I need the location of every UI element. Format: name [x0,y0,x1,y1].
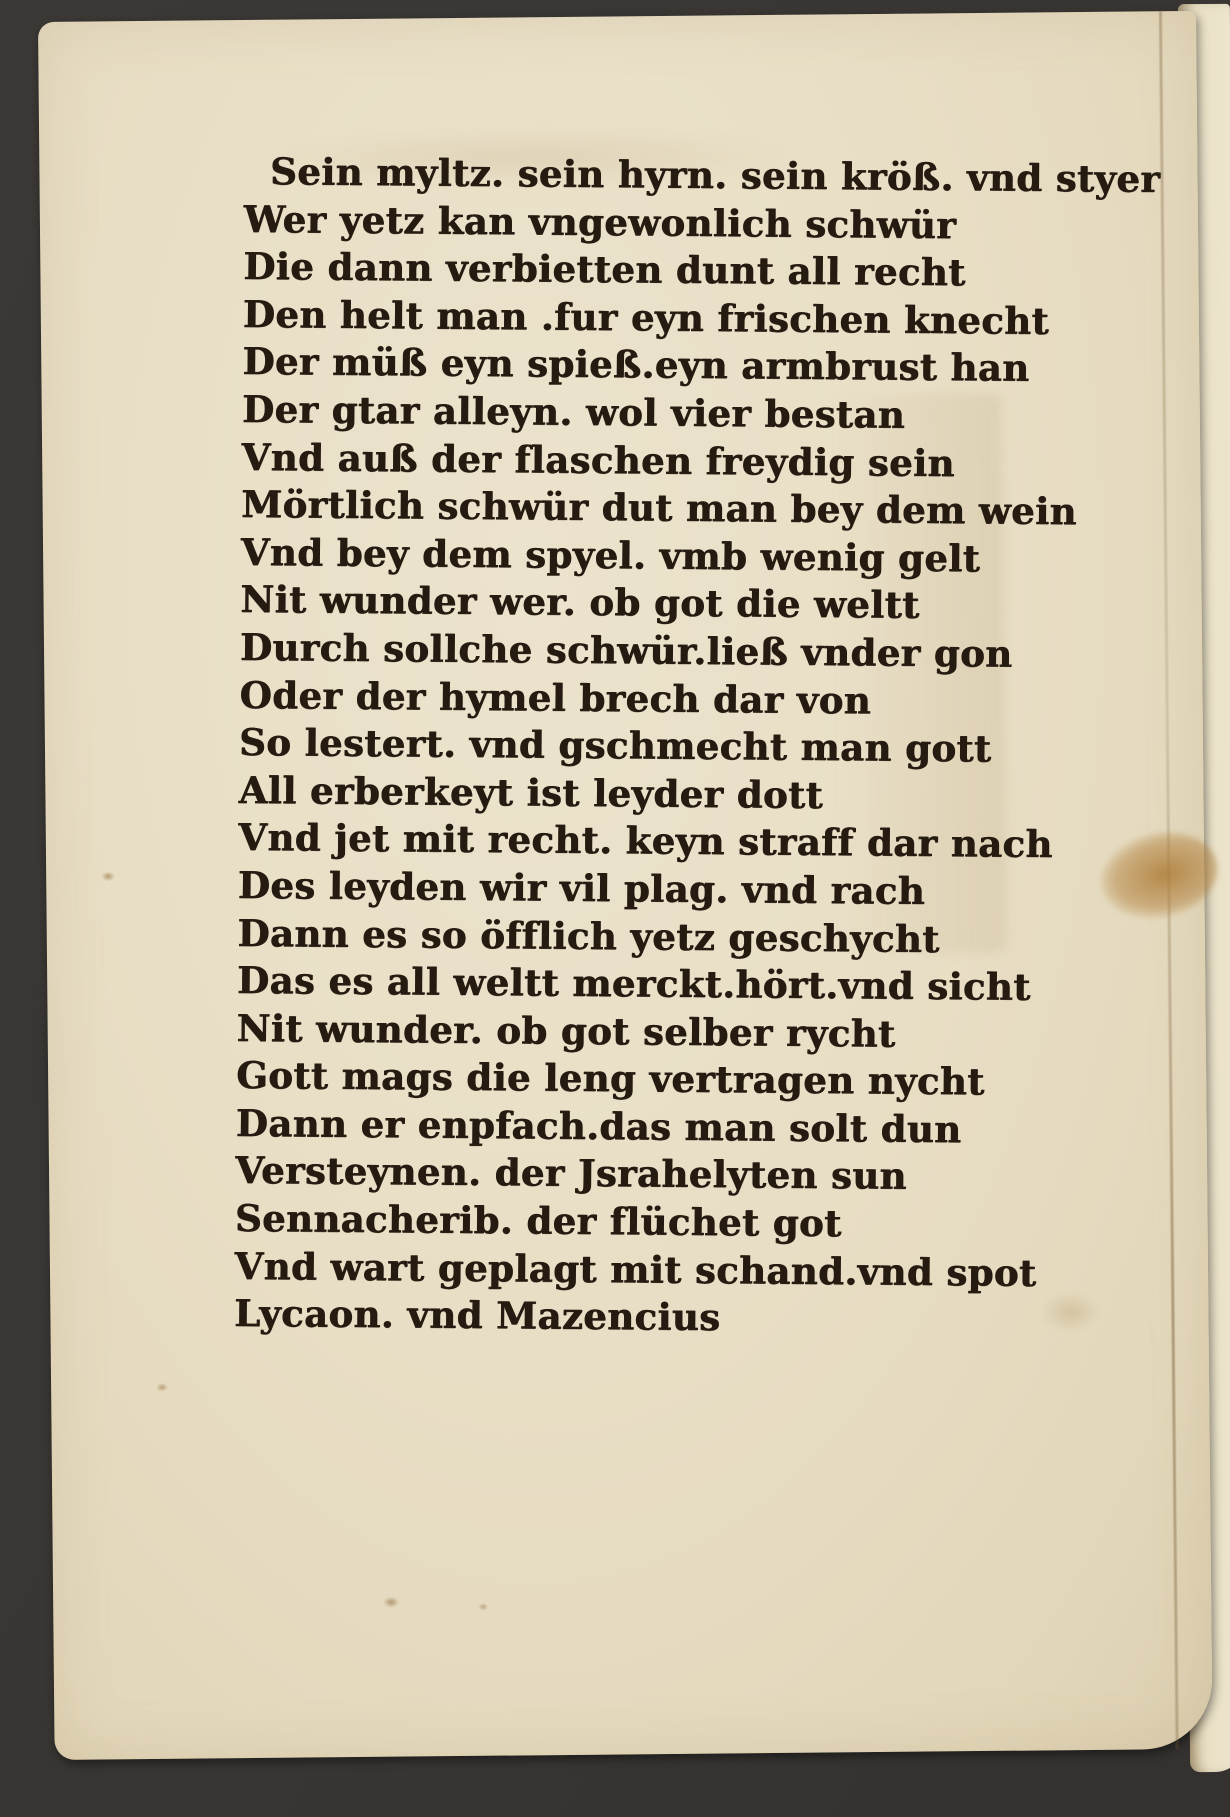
text-line: Die dann verbietten dunt all recht [243,243,1123,298]
foxing-spot [156,1383,168,1392]
text-line: Dann es so öfflich yetz geschycht [237,909,1117,964]
text-line: Vnd bey dem spyel. vmb wenig gelt [240,529,1120,584]
text-line: So lestert. vnd gschmecht man gott [239,719,1119,774]
text-line: Nit wunder wer. ob got die weltt [240,576,1120,631]
text-line: Der gtar alleyn. wol vier bestan [242,386,1122,441]
text-line: Lycaon. vnd Mazencius [234,1290,1114,1345]
text-line: Gott mags die leng vertragen nycht [236,1052,1116,1107]
text-line: Vnd wart geplagt mit schand.vnd spot [234,1243,1114,1298]
text-line: Der müß eyn spieß.eyn armbrust han [242,338,1122,393]
text-line: Sein myltz. sein hyrn. sein kröß. vnd st… [244,148,1124,203]
text-line: All erberkeyt ist leyder dott [238,767,1118,822]
text-line: Mörtlich schwür dut man bey dem wein [241,481,1121,536]
text-line: Das es all weltt merckt.hört.vnd sicht [237,957,1117,1012]
text-line: Wer yetz kan vngewonlich schwür [243,196,1123,251]
scan-background: Sein myltz. sein hyrn. sein kröß. vnd st… [0,0,1230,1817]
text-line: Oder der hymel brech dar von [239,672,1119,727]
text-line: Des leyden wir vil plag. vnd rach [238,862,1118,917]
text-line: Versteynen. der Jsrahelyten sun [235,1147,1115,1202]
foxing-spot [101,871,115,881]
text-line: Dann er enpfach.das man solt dun [235,1100,1115,1155]
foxing-spot [478,1603,488,1611]
text-line: Vnd auß der flaschen freydig sein [241,434,1121,489]
text-line: Durch sollche schwür.ließ vnder gon [240,624,1120,679]
foxing-spot [383,1597,399,1608]
text-line: Den helt man .fur eyn frischen knecht [243,291,1123,346]
text-line: Vnd jet mit recht. keyn straff dar nach [238,814,1118,869]
page-crease [1159,11,1179,1749]
verse-text-block: Sein myltz. sein hyrn. sein kröß. vnd st… [234,148,1124,1345]
text-line: Sennacherib. der flüchet got [235,1195,1115,1250]
text-line: Nit wunder. ob got selber rycht [236,1005,1116,1060]
book-page: Sein myltz. sein hyrn. sein kröß. vnd st… [38,11,1213,1760]
